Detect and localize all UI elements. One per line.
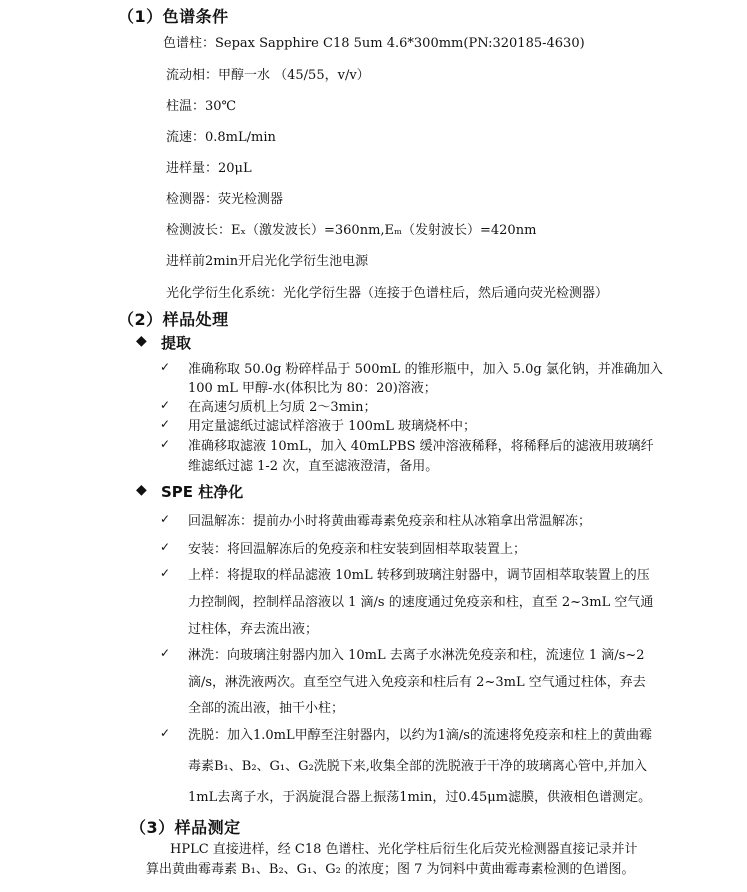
subheading-extraction: 提取: [161, 332, 191, 353]
condition-injection-volume: 进样量：20μL: [166, 157, 252, 176]
spe-step-wash-line-1: 淋洗：向玻璃注射器内加入 10mL 去离子水淋洗免疫亲和柱，流速位 1 滴/s~…: [188, 644, 645, 663]
spe-step-wash-line-2: 滴/s，淋洗液两次。直至空气进入免疫亲和柱后有 2~3mL 空气通过柱体，弃去: [188, 671, 646, 690]
diamond-bullet-icon: ◆: [136, 333, 147, 349]
spe-step-wash-line-3: 全部的流出液，抽干小柱；: [188, 697, 344, 716]
check-icon: ✓: [160, 540, 170, 554]
spe-step-load-line-3: 过柱体，弃去流出液；: [188, 618, 318, 637]
section-heading-measurement: （3）样品测定: [130, 815, 241, 838]
condition-power-note: 进样前2min开启光化学衍生池电源: [166, 250, 368, 269]
condition-column: 色谱柱：Sepax Sapphire C18 5um 4.6*300mm(PN:…: [163, 32, 585, 51]
spe-step-elute-line-1: 洗脱：加入1.0mL甲醇至注射器内，以约为1滴/s的流速将免疫亲和柱上的黄曲霉: [188, 724, 652, 743]
condition-temperature: 柱温：30℃: [166, 95, 236, 114]
check-icon: ✓: [160, 437, 170, 451]
condition-wavelength: 检测波长：Eₓ（激发波长）=360nm,Eₘ（发射波长）=420nm: [166, 219, 536, 238]
extraction-step-1-line-2: 100 mL 甲醇-水(体积比为 80：20)溶液；: [188, 377, 437, 396]
measurement-text-line-1: HPLC 直接进样，经 C18 色谱柱、光化学柱后衍生化后荧光检测器直接记录并计: [170, 838, 638, 857]
check-icon: ✓: [160, 398, 170, 412]
check-icon: ✓: [160, 417, 170, 431]
condition-mobile-phase: 流动相：甲醇一水 （45/55，v/v）: [166, 64, 370, 83]
subheading-spe: SPE 柱净化: [161, 481, 243, 502]
check-icon: ✓: [160, 512, 170, 526]
check-icon: ✓: [160, 360, 170, 374]
condition-derivatization: 光化学衍生化系统：光化学衍生器（连接于色谱柱后，然后通向荧光检测器）: [166, 282, 608, 301]
check-icon: ✓: [160, 726, 170, 740]
extraction-step-4-line-1: 准确移取滤液 10mL，加入 40mLPBS 缓冲溶液稀释，将稀释后的滤液用玻璃…: [188, 435, 654, 454]
section-heading-sample-prep: （2）样品处理: [118, 307, 229, 330]
check-icon: ✓: [160, 566, 170, 580]
spe-step-load-line-1: 上样：将提取的样品滤液 10mL 转移到玻璃注射器中，调节固相萃取装置上的压: [188, 564, 650, 583]
spe-step-elute-line-2: 毒素B₁、B₂、G₁、G₂洗脱下来,收集全部的洗脱液于干净的玻璃离心管中,并加入: [188, 755, 647, 774]
spe-step-elute-line-3: 1mL去离子水，于涡旋混合器上振荡1min，过0.45μm滤膜，供液相色谱测定。: [188, 786, 651, 805]
extraction-step-2: 在高速匀质机上匀质 2～3min；: [188, 396, 377, 415]
spe-step-load-line-2: 力控制阀，控制样品溶液以 1 滴/s 的速度通过免疫亲和柱，直至 2~3mL 空…: [188, 591, 653, 610]
diamond-bullet-icon: ◆: [136, 482, 147, 498]
check-icon: ✓: [160, 646, 170, 660]
section-heading-chromatography: （1）色谱条件: [118, 4, 229, 27]
extraction-step-4-line-2: 维滤纸过滤 1-2 次，直至滤液澄清，备用。: [188, 455, 438, 474]
condition-detector: 检测器：荧光检测器: [166, 188, 283, 207]
measurement-text-line-2: 算出黄曲霉毒素 B₁、B₂、G₁、G₂ 的浓度；图 7 为饲料中黄曲霉毒素检测的…: [146, 858, 635, 877]
extraction-step-3: 用定量滤纸过滤试样溶液于 100mL 玻璃烧杯中；: [188, 415, 476, 434]
spe-step-thaw: 回温解冻：提前办小时将黄曲霉毒素免疫亲和柱从冰箱拿出常温解冻；: [188, 510, 591, 529]
extraction-step-1-line-1: 准确称取 50.0g 粉碎样品于 500mL 的锥形瓶中，加入 5.0g 氯化钠…: [188, 358, 663, 377]
condition-flow-rate: 流速：0.8mL/min: [166, 126, 276, 145]
spe-step-install: 安装：将回温解冻后的免疫亲和柱安装到固相萃取装置上；: [188, 538, 526, 557]
